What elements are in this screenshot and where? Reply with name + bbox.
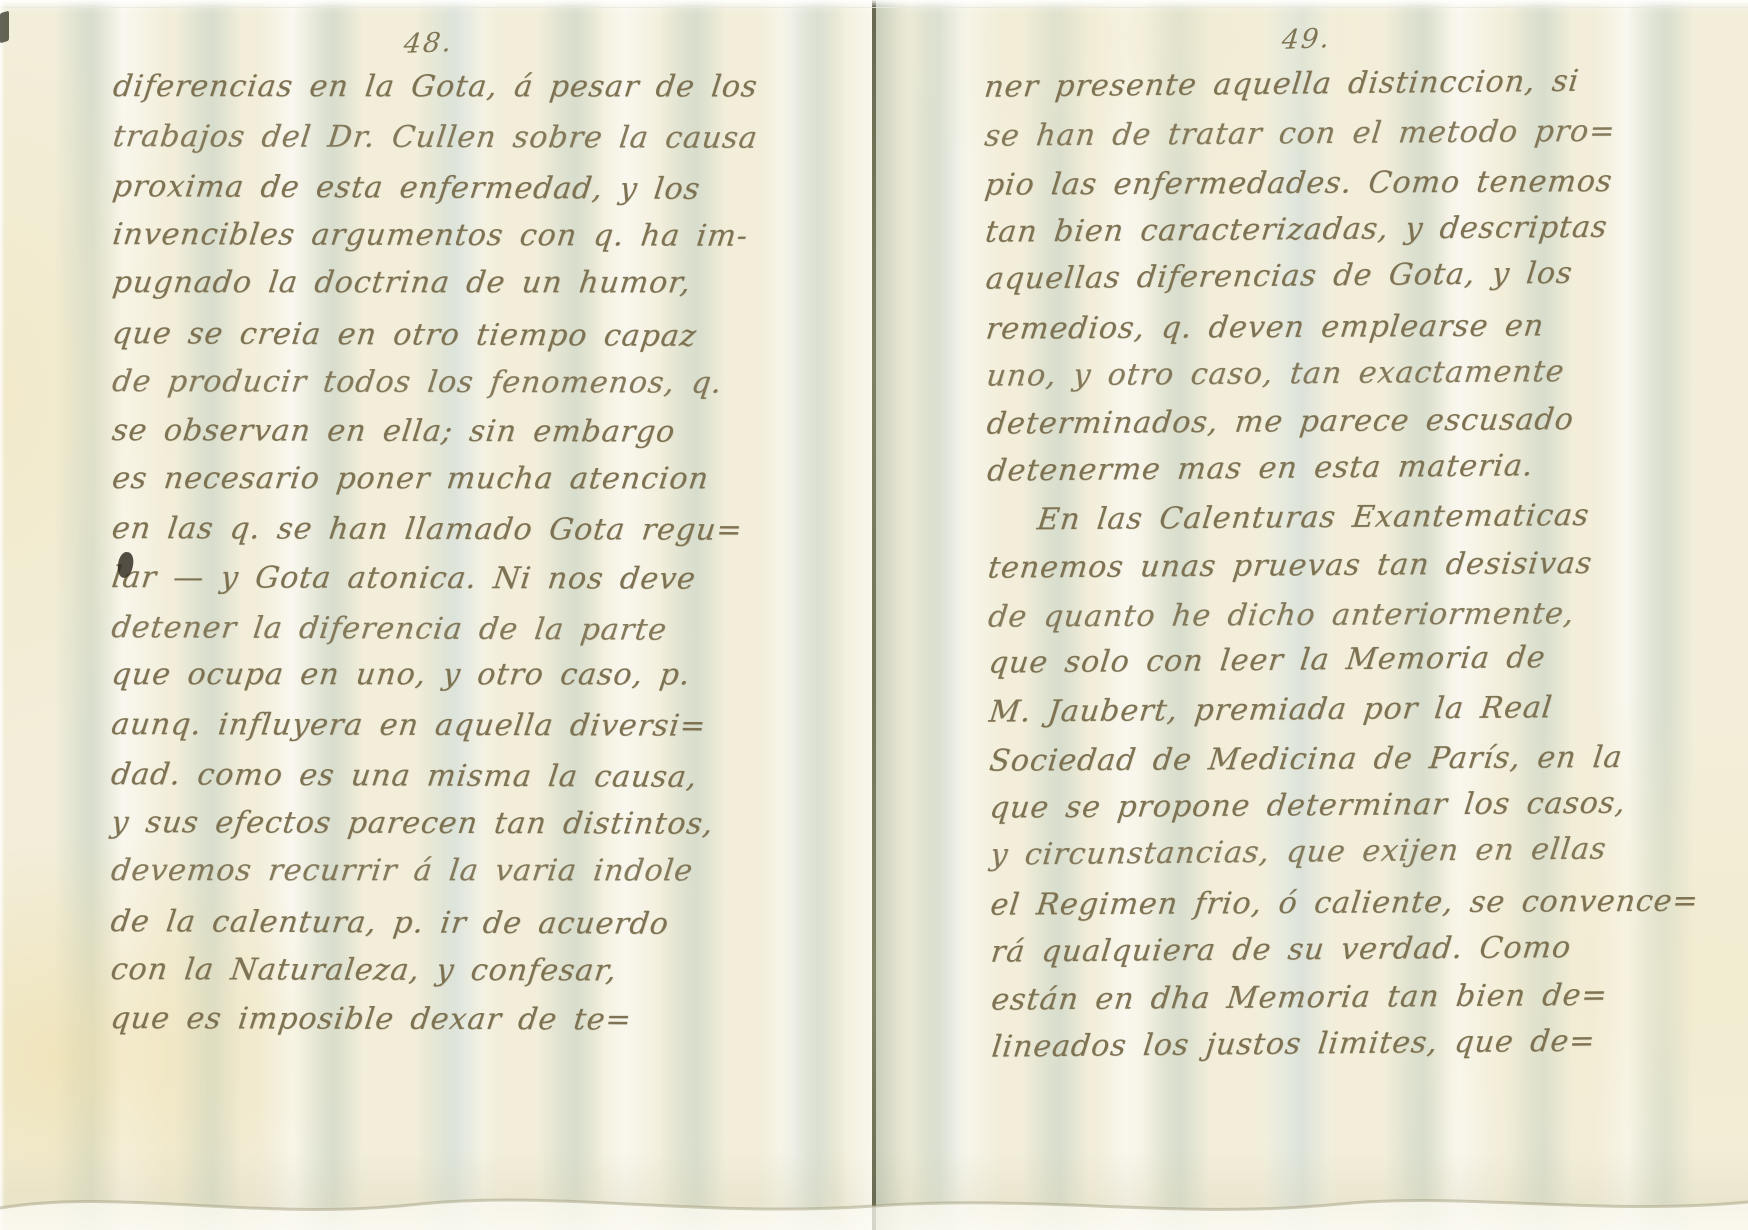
- manuscript-line: con la Naturaleza, y confesar,: [108, 945, 820, 996]
- manuscript-line: el Regimen frio, ó caliente, se convence…: [988, 878, 1673, 930]
- manuscript-line: de producir todos los fenomenos, q.: [109, 357, 821, 408]
- manuscript-line: están en dha Memoria tan bien de=: [989, 971, 1674, 1024]
- manuscript-line: que se propone determinar los casos,: [987, 779, 1672, 832]
- manuscript-line: uno, y otro caso, tan exactamente: [984, 347, 1669, 400]
- manuscript-line: se han de tratar con el metodo pro=: [982, 107, 1667, 160]
- manuscript-line: trabajos del Dr. Cullen sobre la causa: [110, 112, 822, 163]
- manuscript-line: invencibles argumentos con q. ha im-: [110, 210, 822, 261]
- manuscript-line: ner presente aquella distinccion, si: [982, 57, 1668, 112]
- manuscript-line: dad. como es una misma la causa,: [108, 750, 820, 802]
- manuscript-line: se observan en ella; sin embargo: [109, 406, 821, 457]
- page-number-left: 48.: [402, 27, 454, 60]
- manuscript-line: detenerme mas en esta materia.: [985, 441, 1671, 496]
- manuscript-line: tenemos unas pruevas tan desisivas: [985, 539, 1670, 592]
- manuscript-line: en las q. se han llamado Gota regu=: [109, 504, 821, 555]
- manuscript-line: que ocupa en uno, y otro caso, p.: [109, 650, 821, 699]
- manuscript-line: rá qualquiera de su verdad. Como: [988, 923, 1673, 976]
- gutter-shadow: [876, 0, 910, 1230]
- manuscript-line: pugnado la doctrina de un humor,: [110, 258, 822, 307]
- corner-dark-mark: [0, 11, 9, 44]
- manuscript-text-left: diferencias en la Gota, á pesar de lostr…: [111, 63, 820, 1045]
- manuscript-line: y sus efectos parecen tan distintos,: [108, 798, 820, 849]
- manuscript-line: En las Calenturas Exantematicas: [985, 491, 1670, 544]
- manuscript-line: que solo con leer la Memoria de: [986, 633, 1672, 688]
- manuscript-spread: 48. 49. diferencias en la Gota, á pesar …: [0, 0, 1748, 1230]
- manuscript-line: que es imposible dexar de te=: [108, 994, 820, 1045]
- manuscript-line: Sociedad de Medicina de París, en la: [987, 734, 1672, 786]
- manuscript-line: aquellas diferencias de Gota, y los: [983, 249, 1669, 304]
- manuscript-line: aunq. influyera en aquella diversi=: [108, 700, 820, 751]
- manuscript-text-right: ner presente aquella distinccion, sise h…: [984, 59, 1672, 1072]
- manuscript-line: determinados, me parece escusado: [984, 395, 1669, 448]
- manuscript-line: diferencias en la Gota, á pesar de los: [110, 62, 822, 111]
- manuscript-line: remedios, q. deven emplearse en: [983, 302, 1668, 354]
- manuscript-line: lar — y Gota atonica. Ni nos deve: [109, 553, 821, 604]
- manuscript-line: que se creia en otro tiempo capaz: [109, 309, 821, 361]
- manuscript-line: devemos recurrir á la varia indole: [108, 846, 820, 895]
- page-left-edge: [0, 0, 5, 1230]
- manuscript-line: de la calentura, p. ir de acuerdo: [108, 897, 820, 949]
- manuscript-line: tan bien caracterizadas, y descriptas: [983, 203, 1668, 256]
- manuscript-line: y circunstancias, que exijen en ellas: [988, 825, 1674, 880]
- manuscript-line: proxima de esta enfermedad, y los: [110, 162, 822, 214]
- page-top-edge: [0, 0, 1748, 8]
- gutter-highlight: [838, 0, 872, 1230]
- page-number-right: 49.: [1280, 23, 1332, 56]
- manuscript-line: es necesario poner mucha atencion: [109, 454, 821, 503]
- manuscript-line: M. Jaubert, premiada por la Real: [986, 683, 1671, 736]
- manuscript-line: pio las enfermedades. Como tenemos: [982, 158, 1667, 210]
- manuscript-line: detener la diferencia de la parte: [109, 603, 821, 655]
- manuscript-line: lineados los justos limites, que de=: [989, 1017, 1675, 1072]
- page-bottom-edge-wave: [0, 1172, 1748, 1230]
